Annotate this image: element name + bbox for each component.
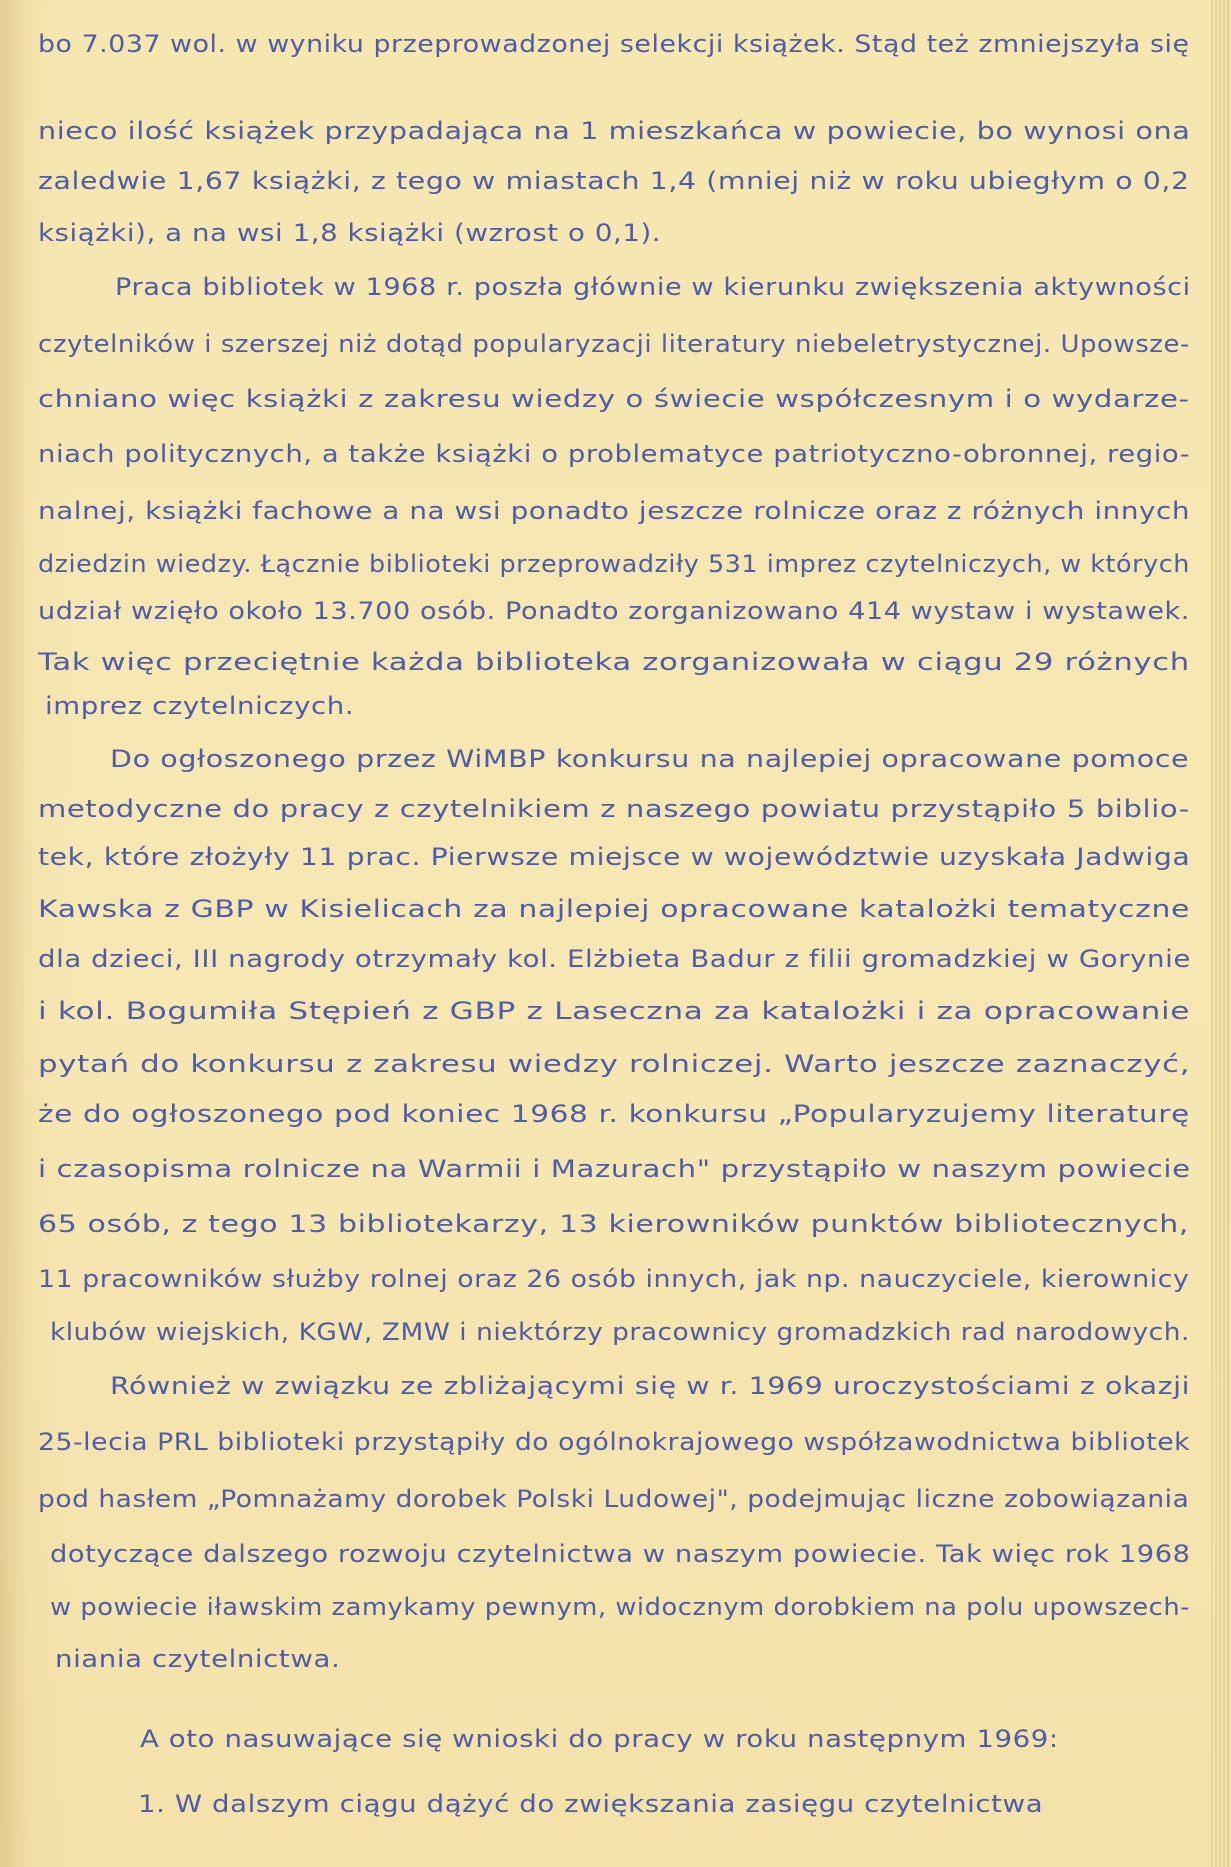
text-line: udział wzięło około 13.700 osób. Ponadto… [38, 597, 1190, 625]
paragraph-start-line: Również w związku ze zbliżającymi się w … [110, 1372, 1190, 1400]
text-line: dotyczące dalszego rozwoju czytelnictwa … [50, 1540, 1191, 1568]
page-stack-edge [1211, 0, 1231, 1867]
text-line: niania czytelnictwa. [55, 1645, 340, 1673]
paragraph-start-line: Do ogłoszonego przez WiMBP konkursu na n… [110, 745, 1189, 773]
text-line: dziedzin wiedzy. Łącznie biblioteki prze… [38, 550, 1190, 578]
text-line: 65 osób, z tego 13 bibliotekarzy, 13 kie… [38, 1210, 1189, 1238]
text-line: że do ogłoszonego pod koniec 1968 r. kon… [38, 1100, 1190, 1128]
paragraph-start-line: A oto nasuwające się wnioski do pracy w … [140, 1725, 1059, 1753]
manuscript-page: bo 7.037 wol. w wyniku przeprowadzonej s… [0, 0, 1231, 1867]
text-line: czytelników i szerszej niż dotąd popular… [38, 330, 1190, 358]
text-line: zaledwie 1,67 książki, z tego w miastach… [38, 167, 1190, 195]
paragraph-start-line: Praca bibliotek w 1968 r. poszła głównie… [115, 273, 1191, 301]
text-line: 11 pracowników służby rolnej oraz 26 osó… [38, 1265, 1189, 1293]
text-line: dla dzieci, III nagrody otrzymały kol. E… [38, 945, 1191, 973]
text-line: nalnej, książki fachowe a na wsi ponadto… [38, 497, 1190, 525]
text-line: pytań do konkursu z zakresu wiedzy rolni… [38, 1050, 1190, 1078]
text-line: i kol. Bogumiła Stępień z GBP z Laseczna… [38, 997, 1190, 1025]
text-line: tek, które złożyły 11 prac. Pierwsze mie… [38, 843, 1190, 871]
text-line: i czasopisma rolnicze na Warmii i Mazura… [38, 1155, 1191, 1183]
text-line: chniano więc książki z zakresu wiedzy o … [38, 385, 1190, 413]
text-line: klubów wiejskich, KGW, ZMW i niektórzy p… [50, 1318, 1190, 1346]
text-line: imprez czytelniczych. [45, 692, 354, 720]
text-line: Tak więc przeciętnie każda biblioteka zo… [38, 648, 1190, 676]
text-line: bo 7.037 wol. w wyniku przeprowadzonej s… [38, 30, 1190, 58]
list-item-line: 1. W dalszym ciągu dążyć do zwiększania … [138, 1790, 1043, 1818]
text-line: niach politycznych, a także książki o pr… [38, 440, 1190, 468]
text-line: Kawska z GBP w Kisielicach za najlepiej … [38, 895, 1190, 923]
text-line: metodyczne do pracy z czytelnikiem z nas… [38, 795, 1190, 823]
text-line: nieco ilość książek przypadająca na 1 mi… [38, 117, 1190, 145]
text-line: w powiecie iławskim zamykamy pewnym, wid… [50, 1593, 1190, 1621]
text-line: pod hasłem „Pomnażamy dorobek Polski Lud… [38, 1485, 1189, 1513]
text-line: książki), a na wsi 1,8 książki (wzrost o… [38, 219, 661, 247]
text-line: 25-lecia PRL biblioteki przystąpiły do o… [38, 1428, 1190, 1456]
